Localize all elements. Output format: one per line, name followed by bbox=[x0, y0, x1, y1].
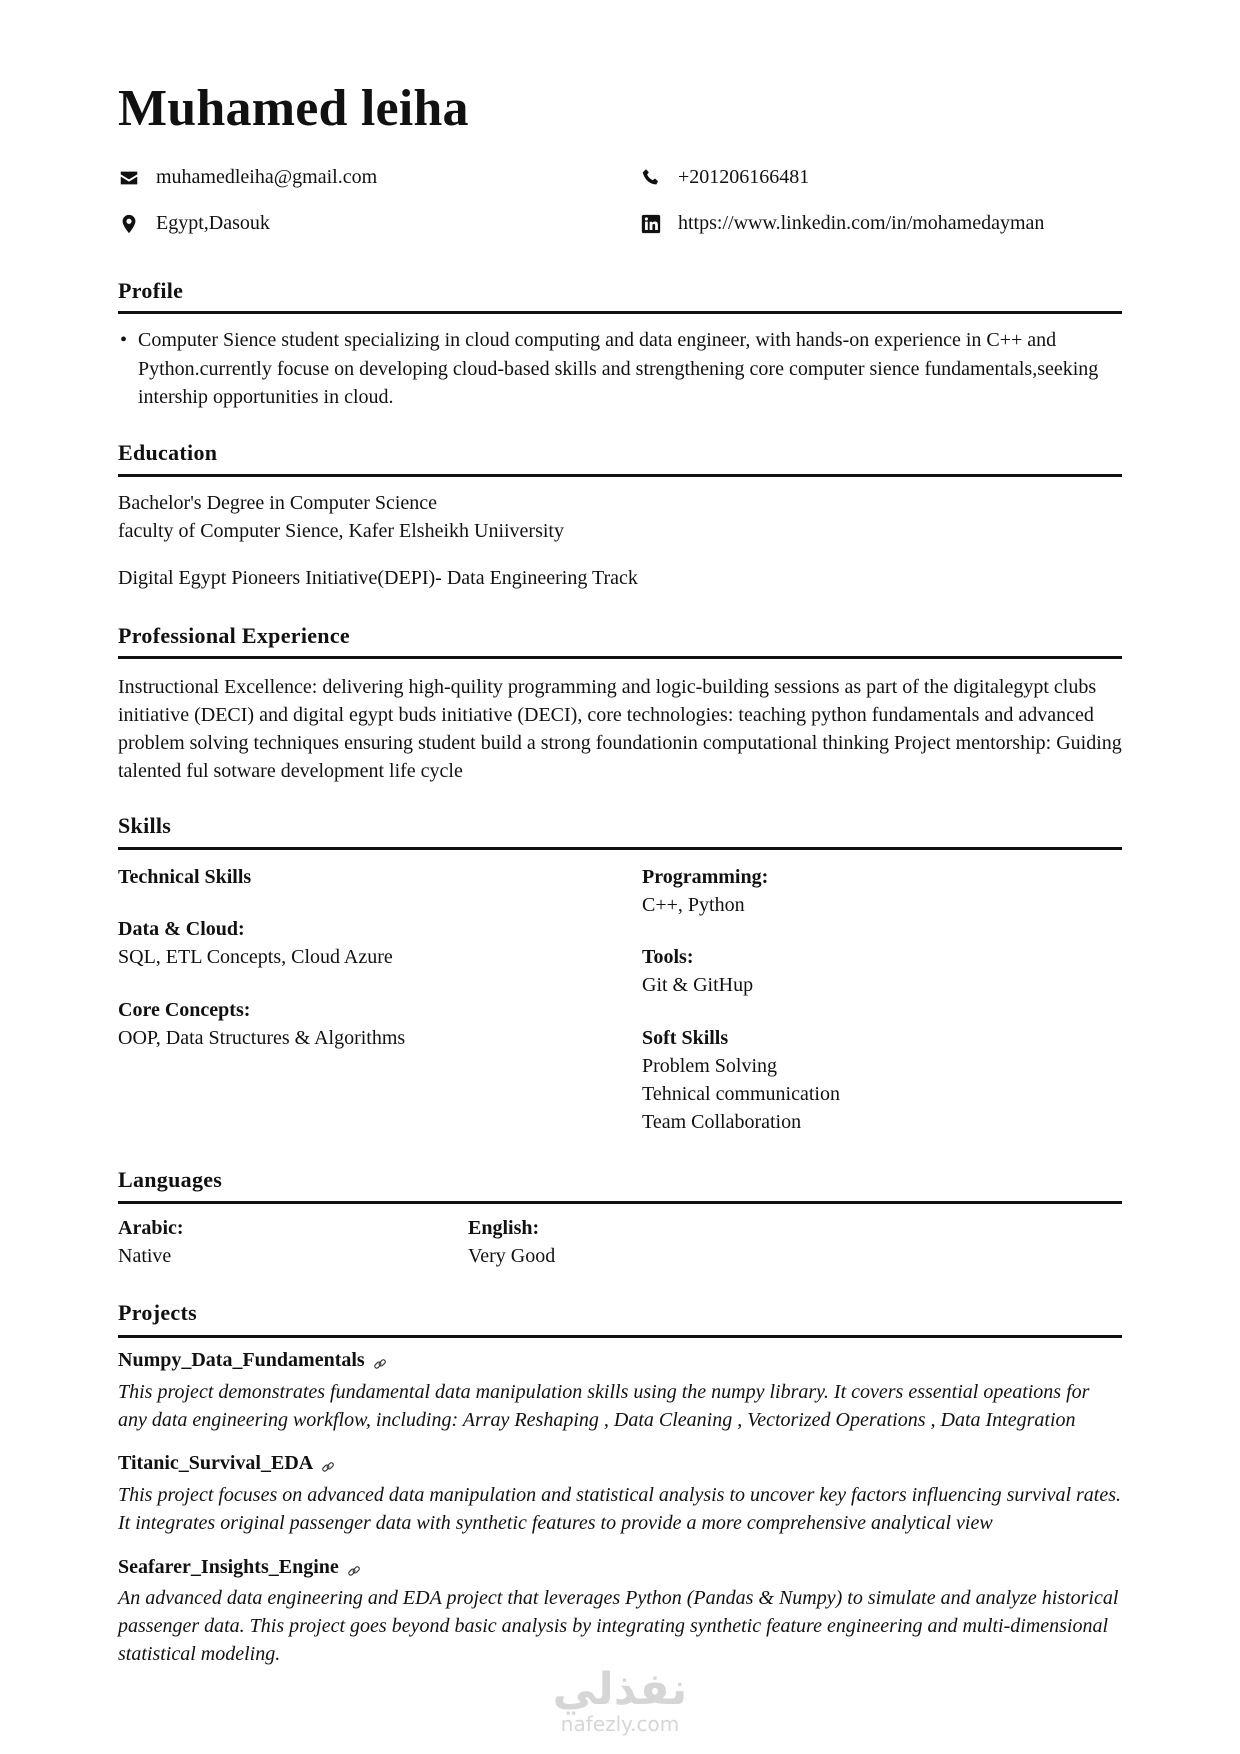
watermark: نفذلي nafezly.com bbox=[540, 1668, 700, 1736]
location-text: Egypt,Dasouk bbox=[156, 212, 270, 235]
language-label: English: bbox=[468, 1214, 539, 1242]
skill-group-label: Programming: bbox=[642, 863, 768, 891]
section-title: Languages bbox=[118, 1167, 1122, 1193]
language-label: Arabic: bbox=[118, 1214, 184, 1242]
skill-group-value: SQL, ETL Concepts, Cloud Azure bbox=[118, 943, 393, 971]
profile-text: Computer Sience student specializing in … bbox=[138, 326, 1122, 412]
project-name[interactable]: Titanic_Survival_EDA bbox=[118, 1452, 313, 1475]
language-level: Very Good bbox=[468, 1242, 555, 1270]
section-title: Education bbox=[118, 440, 1122, 466]
section-profile: Profile bbox=[118, 278, 1122, 304]
project-description: This project demonstrates fundamental da… bbox=[118, 1378, 1122, 1434]
contact-location: Egypt,Dasouk bbox=[118, 212, 270, 235]
link-icon[interactable] bbox=[347, 1561, 361, 1575]
education-faculty: faculty of Computer Sience, Kafer Elshei… bbox=[118, 517, 564, 545]
section-divider bbox=[118, 1335, 1122, 1338]
section-title: Skills bbox=[118, 813, 1122, 839]
project-name[interactable]: Numpy_Data_Fundamentals bbox=[118, 1349, 365, 1372]
skill-group-value: C++, Python bbox=[642, 891, 745, 919]
skill-group-label: Soft Skills bbox=[642, 1024, 728, 1052]
watermark-latin: nafezly.com bbox=[540, 1712, 700, 1736]
section-divider bbox=[118, 474, 1122, 477]
candidate-name: Muhamed leiha bbox=[118, 80, 469, 137]
email-text[interactable]: muhamedleiha@gmail.com bbox=[156, 166, 377, 189]
project-title[interactable]: Titanic_Survival_EDA bbox=[118, 1452, 335, 1475]
contact-linkedin[interactable]: https://www.linkedin.com/in/mohamedayman bbox=[640, 212, 1044, 235]
section-languages: Languages bbox=[118, 1167, 1122, 1193]
section-divider bbox=[118, 1201, 1122, 1204]
education-degree: Bachelor's Degree in Computer Science bbox=[118, 489, 437, 517]
profile-summary: • Computer Sience student specializing i… bbox=[118, 326, 1122, 412]
phone-text[interactable]: +201206166481 bbox=[678, 166, 809, 189]
contact-email[interactable]: muhamedleiha@gmail.com bbox=[118, 166, 377, 189]
link-icon[interactable] bbox=[321, 1457, 335, 1471]
skill-group-label: Data & Cloud: bbox=[118, 915, 245, 943]
section-experience: Professional Experience bbox=[118, 623, 1122, 649]
section-divider bbox=[118, 311, 1122, 314]
link-icon[interactable] bbox=[373, 1354, 387, 1368]
section-projects: Projects bbox=[118, 1300, 1122, 1326]
skill-item: Tehnical communication bbox=[642, 1080, 840, 1108]
linkedin-icon bbox=[640, 213, 662, 235]
project-title[interactable]: Seafarer_Insights_Engine bbox=[118, 1556, 361, 1579]
project-title[interactable]: Numpy_Data_Fundamentals bbox=[118, 1349, 387, 1372]
envelope-icon bbox=[118, 167, 140, 189]
section-divider bbox=[118, 847, 1122, 850]
experience-text: Instructional Excellence: delivering hig… bbox=[118, 673, 1128, 785]
skill-item: Team Collaboration bbox=[642, 1108, 801, 1136]
language-level: Native bbox=[118, 1242, 171, 1270]
skill-group-label: Core Concepts: bbox=[118, 996, 250, 1024]
project-description: This project focuses on advanced data ma… bbox=[118, 1481, 1122, 1537]
section-divider bbox=[118, 656, 1122, 659]
education-program: Digital Egypt Pioneers Initiative(DEPI)-… bbox=[118, 564, 638, 592]
section-title: Professional Experience bbox=[118, 623, 1122, 649]
section-title: Projects bbox=[118, 1300, 1122, 1326]
section-title: Profile bbox=[118, 278, 1122, 304]
linkedin-link[interactable]: https://www.linkedin.com/in/mohamedayman bbox=[678, 212, 1044, 235]
phone-icon bbox=[640, 167, 662, 189]
skill-item: Problem Solving bbox=[642, 1052, 777, 1080]
skill-group-value: Git & GitHup bbox=[642, 971, 753, 999]
project-description: An advanced data engineering and EDA pro… bbox=[118, 1584, 1122, 1668]
contact-phone[interactable]: +201206166481 bbox=[640, 166, 809, 189]
bullet-icon: • bbox=[120, 326, 127, 355]
skill-group-label: Technical Skills bbox=[118, 863, 251, 891]
project-name[interactable]: Seafarer_Insights_Engine bbox=[118, 1556, 339, 1579]
skill-group-label: Tools: bbox=[642, 943, 694, 971]
section-education: Education bbox=[118, 440, 1122, 466]
watermark-arabic: نفذلي bbox=[540, 1668, 700, 1712]
map-pin-icon bbox=[118, 213, 140, 235]
section-skills: Skills bbox=[118, 813, 1122, 839]
skill-group-value: OOP, Data Structures & Algorithms bbox=[118, 1024, 405, 1052]
